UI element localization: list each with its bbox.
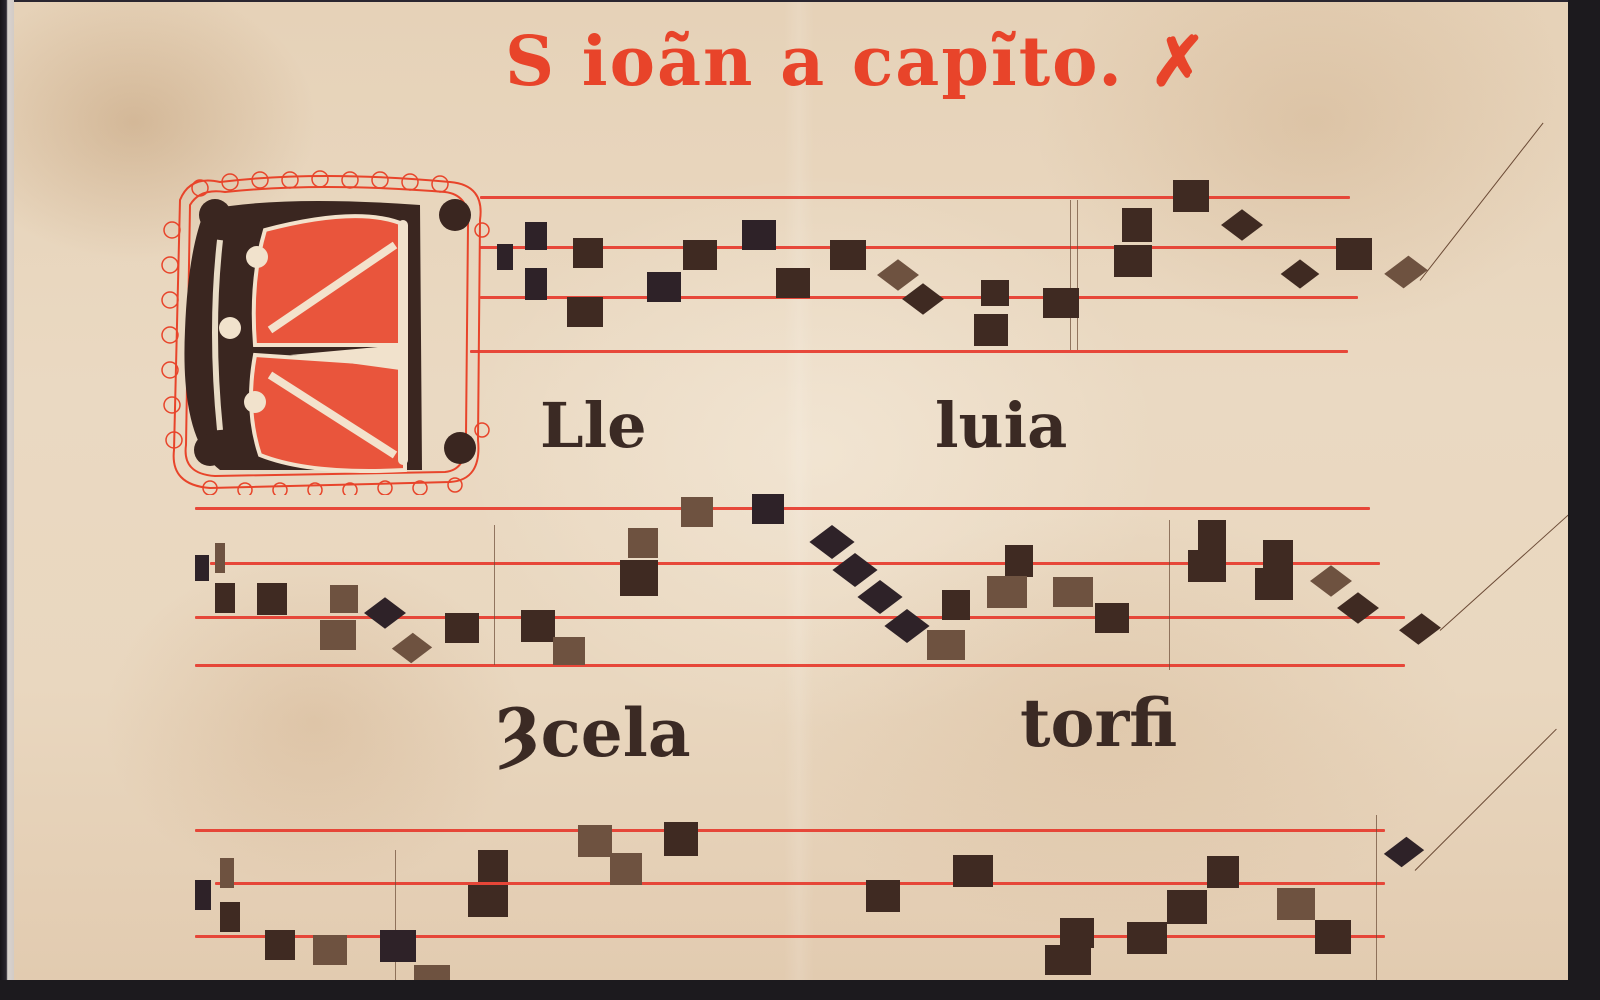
neume-note (942, 590, 970, 620)
neume-note (987, 576, 1027, 608)
lyric-syllable: luia (935, 395, 1067, 457)
division-line (1077, 200, 1078, 350)
neume-note (414, 965, 450, 980)
neume-note (1255, 568, 1293, 600)
neume-note (525, 268, 547, 300)
rubric-heading: S ioãn a capĩto. ✗ (505, 28, 1209, 96)
neume-note (927, 630, 965, 660)
neume-note (664, 822, 698, 856)
neume-note (681, 497, 713, 527)
division-line (1070, 200, 1071, 350)
neume-note (525, 222, 547, 250)
neume-note (742, 220, 776, 250)
neume-note (866, 880, 900, 912)
neume-note (553, 637, 585, 665)
neume-note (1188, 550, 1226, 582)
neume-note (1005, 545, 1033, 577)
lyric-syllable: Lle (540, 395, 647, 457)
neume-note (1167, 890, 1207, 924)
lyric-syllable: Ȝcela (495, 700, 691, 766)
neume-note (521, 610, 555, 642)
neume-note (1207, 856, 1239, 888)
neume-note (1114, 245, 1152, 277)
neume-note (497, 244, 513, 270)
neume-note (953, 855, 993, 887)
neume-note (1263, 540, 1293, 568)
neume-note (620, 560, 658, 596)
photo-left-border (0, 0, 14, 980)
neume-note (1127, 922, 1167, 954)
neume-note (1336, 238, 1372, 270)
neume-note (628, 528, 658, 558)
neume-note (1315, 920, 1351, 954)
neume-note (380, 930, 416, 962)
decorated-initial-a (160, 170, 490, 495)
page-fold (784, 2, 814, 980)
neume-note (830, 240, 866, 270)
neume-note (981, 280, 1009, 306)
neume-note (1045, 945, 1091, 975)
neume-note (578, 825, 612, 857)
neume-note (567, 297, 603, 327)
neume-note (1198, 520, 1226, 550)
staff-line (195, 664, 1405, 667)
neume-note (195, 555, 209, 581)
staff-line (195, 829, 1385, 832)
neume-note (265, 930, 295, 960)
neume-note (573, 238, 603, 268)
neume-note (215, 543, 225, 573)
division-line (494, 525, 495, 665)
division-line (1376, 815, 1377, 980)
neume-note (257, 583, 287, 615)
neume-note (478, 850, 508, 882)
neume-note (1053, 577, 1093, 607)
neume-note (313, 935, 347, 965)
neume-note (220, 858, 234, 888)
neume-note (1122, 208, 1152, 242)
neume-note (220, 902, 240, 932)
neume-note (974, 314, 1008, 346)
neume-note (776, 268, 810, 298)
neume-note (1095, 603, 1129, 633)
neume-note (647, 272, 681, 302)
staff-line (470, 350, 1348, 353)
neume-note (1060, 918, 1094, 948)
staff-line (480, 196, 1350, 199)
neume-note (683, 240, 717, 270)
neume-note (1043, 288, 1079, 318)
staff-line (195, 935, 1385, 938)
lyric-syllable: torfi (1020, 690, 1177, 756)
neume-note (752, 494, 784, 524)
neume-note (1173, 180, 1209, 212)
neume-note (1277, 888, 1315, 920)
neume-note (330, 585, 358, 613)
neume-note (468, 885, 508, 917)
neume-note (320, 620, 356, 650)
neume-note (195, 880, 211, 910)
division-line (1169, 520, 1170, 670)
neume-note (215, 583, 235, 613)
staff-line (480, 246, 1358, 249)
neume-note (445, 613, 479, 643)
neume-note (610, 853, 642, 885)
